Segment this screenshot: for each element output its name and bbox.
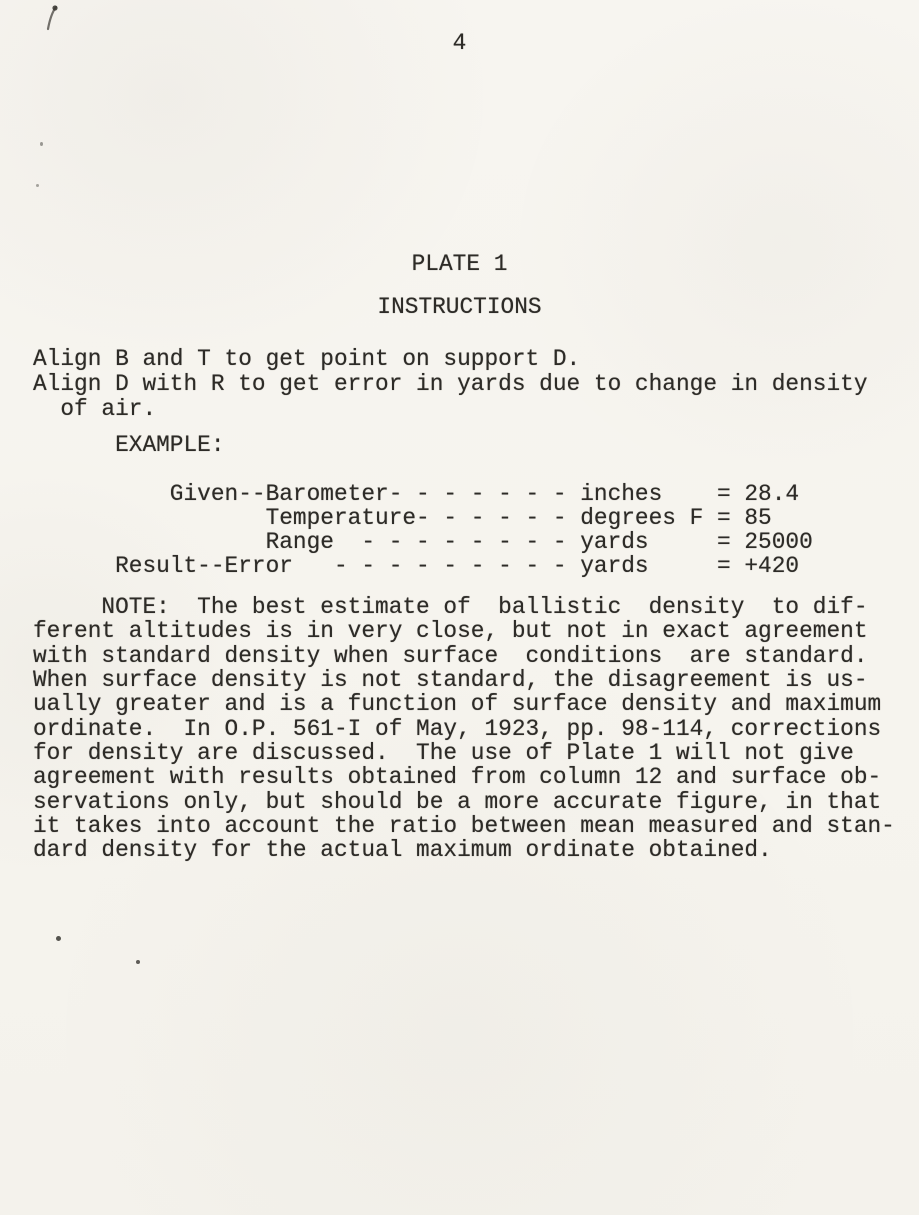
scanned-document-page: 4 PLATE 1 INSTRUCTIONS Align B and T to …	[0, 0, 919, 1215]
note-line: servations only, but should be a more ac…	[33, 790, 895, 814]
note-paragraph: NOTE: The best estimate of ballistic den…	[33, 595, 895, 863]
instructions-paragraph: Align B and T to get point on support D.…	[33, 347, 868, 422]
instructions-line: Align D with R to get error in yards due…	[33, 372, 868, 397]
example-table: Given--Barometer- - - - - - - inches = 2…	[33, 482, 813, 578]
instructions-line: of air.	[33, 397, 868, 422]
example-row-barometer: Given--Barometer- - - - - - - inches = 2…	[33, 482, 813, 506]
example-row-temperature: Temperature- - - - - - degrees F = 85	[33, 506, 813, 530]
note-line: ordinate. In O.P. 561-I of May, 1923, pp…	[33, 717, 895, 741]
page-number: 4	[0, 31, 919, 55]
note-line: it takes into account the ratio between …	[33, 814, 895, 838]
ink-speck	[40, 142, 43, 146]
note-line: with standard density when surface condi…	[33, 644, 895, 668]
instructions-heading: INSTRUCTIONS	[0, 295, 919, 319]
example-row-error-result: Result--Error - - - - - - - - - yards = …	[33, 554, 813, 578]
ink-speck	[136, 960, 140, 964]
note-line: agreement with results obtained from col…	[33, 765, 895, 789]
instructions-line: Align B and T to get point on support D.	[33, 347, 868, 372]
ink-speck	[56, 936, 61, 941]
note-line: NOTE: The best estimate of ballistic den…	[33, 595, 895, 619]
note-line: for density are discussed. The use of Pl…	[33, 741, 895, 765]
ink-speck	[36, 184, 39, 187]
plate-title: PLATE 1	[0, 252, 919, 276]
note-line: ferent altitudes is in very close, but n…	[33, 619, 895, 643]
note-line: When surface density is not standard, th…	[33, 668, 895, 692]
example-row-range: Range - - - - - - - - yards = 25000	[33, 530, 813, 554]
note-line: ually greater and is a function of surfa…	[33, 692, 895, 716]
note-line: dard density for the actual maximum ordi…	[33, 838, 895, 862]
example-label: EXAMPLE:	[33, 433, 225, 457]
